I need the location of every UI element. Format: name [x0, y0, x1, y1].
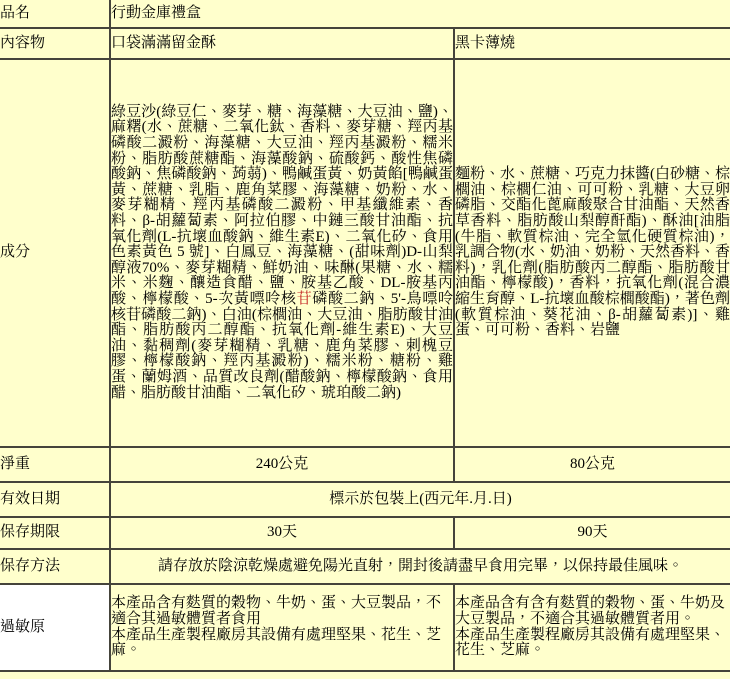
contents-label: 內容物: [0, 28, 110, 59]
row-contents: 內容物 口袋滿滿留金酥 黑卡薄燒: [0, 28, 730, 59]
contents-left-value: 口袋滿滿留金酥: [110, 28, 454, 59]
shelf-life-right-value: 90天: [454, 517, 730, 549]
allergens-right-text: 本產品含有含有麩質的穀物、蛋、牛奶及大豆製品，不適合其過敏體質者用。 本產品生產…: [454, 584, 730, 671]
row-shelf-life: 保存期限 30天 90天: [0, 517, 730, 549]
allergens-left-line1: 本產品含有麩質的穀物、牛奶、蛋、大豆製品，不適合其過敏體質者食用: [111, 596, 453, 627]
row-ingredients: 成分 綠豆沙(綠豆仁、麥芽、糖、海藻糖、大豆油、鹽)、麻糬(水、蔗糖、二氧化鈦、…: [0, 59, 730, 447]
net-weight-label: 淨重: [0, 447, 110, 482]
contents-right-value: 黑卡薄燒: [454, 28, 730, 59]
storage-method-label: 保存方法: [0, 549, 110, 584]
allergens-right-line2: 本產品生產製程廠房其設備有處理堅果、花生、芝麻。: [455, 628, 730, 659]
shelf-life-label: 保存期限: [0, 517, 110, 549]
expiry-date-value: 標示於包裝上(西元年.月.日): [110, 482, 730, 517]
ingredients-right-text: 麵粉、水、蔗糖、巧克力抹醬(白砂糖、棕櫚油、棕櫚仁油、可可粉、乳糖、大豆卵磷脂、…: [454, 59, 730, 447]
storage-method-value: 請存放於陰涼乾燥處避免陽光直射，開封後請盡早食用完畢，以保持最佳風味。: [110, 549, 730, 584]
allergens-left-line2: 本產品生產製程廠房其設備有處理堅果、花生、芝麻。: [111, 628, 453, 659]
product-spec-page: 品名 行動金庫禮盒 內容物 口袋滿滿留金酥 黑卡薄燒 成分 綠豆沙(綠豆仁、麥芽…: [0, 0, 730, 679]
row-storage-method: 保存方法 請存放於陰涼乾燥處避免陽光直射，開封後請盡早食用完畢，以保持最佳風味。: [0, 549, 730, 584]
shelf-life-left-value: 30天: [110, 517, 454, 549]
product-spec-table: 品名 行動金庫禮盒 內容物 口袋滿滿留金酥 黑卡薄燒 成分 綠豆沙(綠豆仁、麥芽…: [0, 0, 730, 672]
row-net-weight: 淨重 240公克 80公克: [0, 447, 730, 482]
product-name-value: 行動金庫禮盒: [110, 0, 730, 28]
allergens-left-text: 本產品含有麩質的穀物、牛奶、蛋、大豆製品，不適合其過敏體質者食用 本產品生產製程…: [110, 584, 454, 671]
allergens-label: 過敏原: [0, 584, 110, 671]
net-weight-left-value: 240公克: [110, 447, 454, 482]
allergens-right-line1: 本產品含有含有麩質的穀物、蛋、牛奶及大豆製品，不適合其過敏體質者用。: [455, 596, 730, 627]
net-weight-right-value: 80公克: [454, 447, 730, 482]
product-name-label: 品名: [0, 0, 110, 28]
row-product-name: 品名 行動金庫禮盒: [0, 0, 730, 28]
ingredients-label: 成分: [0, 59, 110, 447]
expiry-date-label: 有效日期: [0, 482, 110, 517]
row-expiry-date: 有效日期 標示於包裝上(西元年.月.日): [0, 482, 730, 517]
ingredients-left-text: 綠豆沙(綠豆仁、麥芽、糖、海藻糖、大豆油、鹽)、麻糬(水、蔗糖、二氧化鈦、香料、…: [110, 59, 454, 447]
ingredients-highlight-char: 苷: [297, 291, 313, 307]
row-allergens: 過敏原 本產品含有麩質的穀物、牛奶、蛋、大豆製品，不適合其過敏體質者食用 本產品…: [0, 584, 730, 671]
ingredients-left-part2: 磷酸二鈉、5'-鳥嘌呤核苷磷酸二鈉)、白油(棕櫚油、大豆油、脂肪酸甘油酯、脂肪酸…: [111, 291, 453, 401]
ingredients-left-part1: 綠豆沙(綠豆仁、麥芽、糖、海藻糖、大豆油、鹽)、麻糬(水、蔗糖、二氧化鈦、香料、…: [111, 104, 453, 307]
